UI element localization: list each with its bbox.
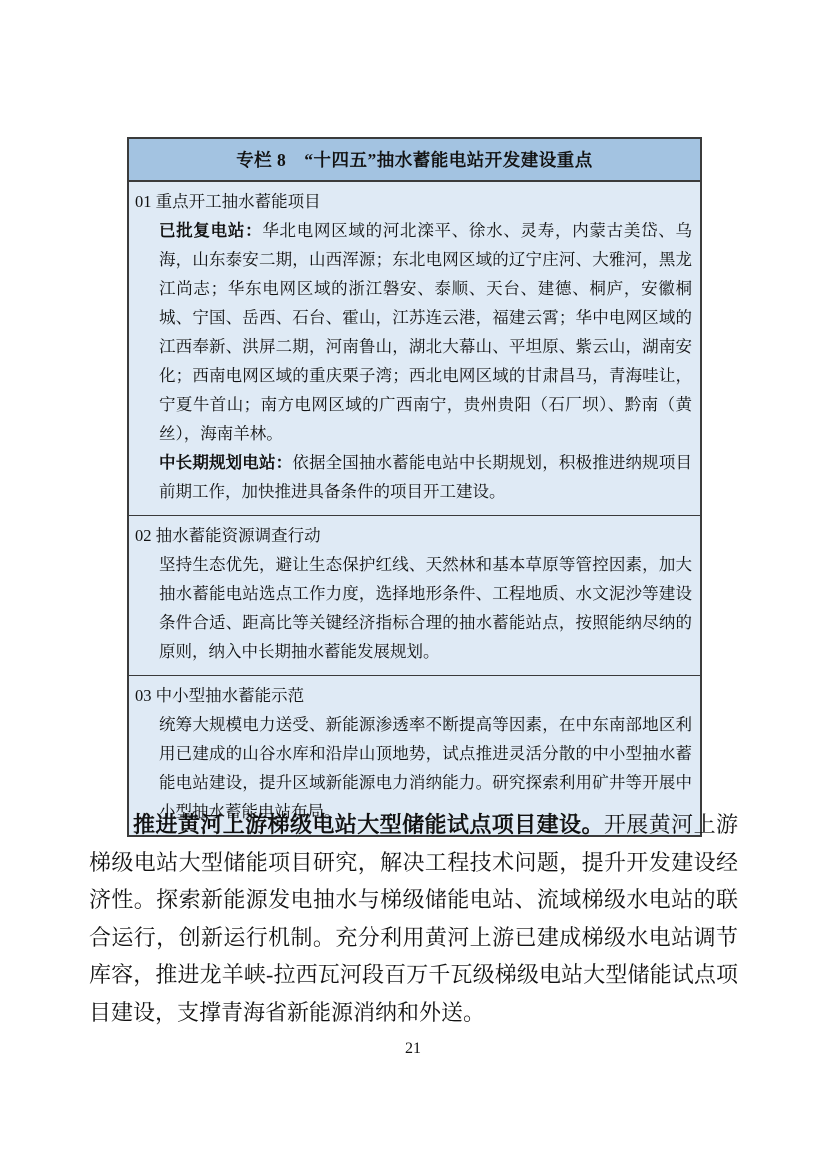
section-heading-02: 02 抽水蓄能资源调查行动: [135, 521, 692, 550]
section-02-paragraph: 坚持生态优先，避让生态保护红线、天然林和基本草原等管控因素，加大抽水蓄能电站选点…: [159, 550, 692, 666]
section-heading-03: 03 中小型抽水蓄能示范: [135, 681, 692, 710]
callout-box-column8: 专栏 8 “十四五”抽水蓄能电站开发建设重点 01 重点开工抽水蓄能项目 已批复…: [127, 137, 702, 837]
paragraph-bold-lead: 中长期规划电站：: [159, 453, 292, 472]
box-section-02: 02 抽水蓄能资源调查行动 坚持生态优先，避让生态保护红线、天然林和基本草原等管…: [129, 515, 700, 675]
paragraph-bold-lead: 已批复电站：: [159, 221, 262, 240]
document-page: 专栏 8 “十四五”抽水蓄能电站开发建设重点 01 重点开工抽水蓄能项目 已批复…: [0, 0, 826, 1169]
section-heading-01: 01 重点开工抽水蓄能项目: [135, 187, 692, 216]
paragraph-text: 开展黄河上游梯级电站大型储能项目研究，解决工程技术问题，提升开发建设经济性。探索…: [89, 812, 738, 1025]
page-number: 21: [0, 1040, 826, 1058]
body-paragraph-yellow-river-pilot: 推进黄河上游梯级电站大型储能试点项目建设。开展黄河上游梯级电站大型储能项目研究，…: [89, 806, 738, 1032]
callout-box-title: 专栏 8 “十四五”抽水蓄能电站开发建设重点: [129, 139, 700, 182]
paragraph-text: 坚持生态优先，避让生态保护红线、天然林和基本草原等管控因素，加大抽水蓄能电站选点…: [159, 555, 692, 661]
section-01-paragraph-approved-stations: 已批复电站：华北电网区域的河北滦平、徐水、灵寿，内蒙古美岱、乌海，山东泰安二期，…: [159, 216, 692, 448]
box-section-01: 01 重点开工抽水蓄能项目 已批复电站：华北电网区域的河北滦平、徐水、灵寿，内蒙…: [129, 182, 700, 515]
paragraph-text: 华北电网区域的河北滦平、徐水、灵寿，内蒙古美岱、乌海，山东泰安二期，山西浑源；东…: [159, 221, 692, 443]
paragraph-bold-lead: 推进黄河上游梯级电站大型储能试点项目建设。: [133, 812, 604, 837]
section-01-paragraph-longterm-plan: 中长期规划电站：依据全国抽水蓄能电站中长期规划，积极推进纳规项目前期工作，加快推…: [159, 448, 692, 506]
